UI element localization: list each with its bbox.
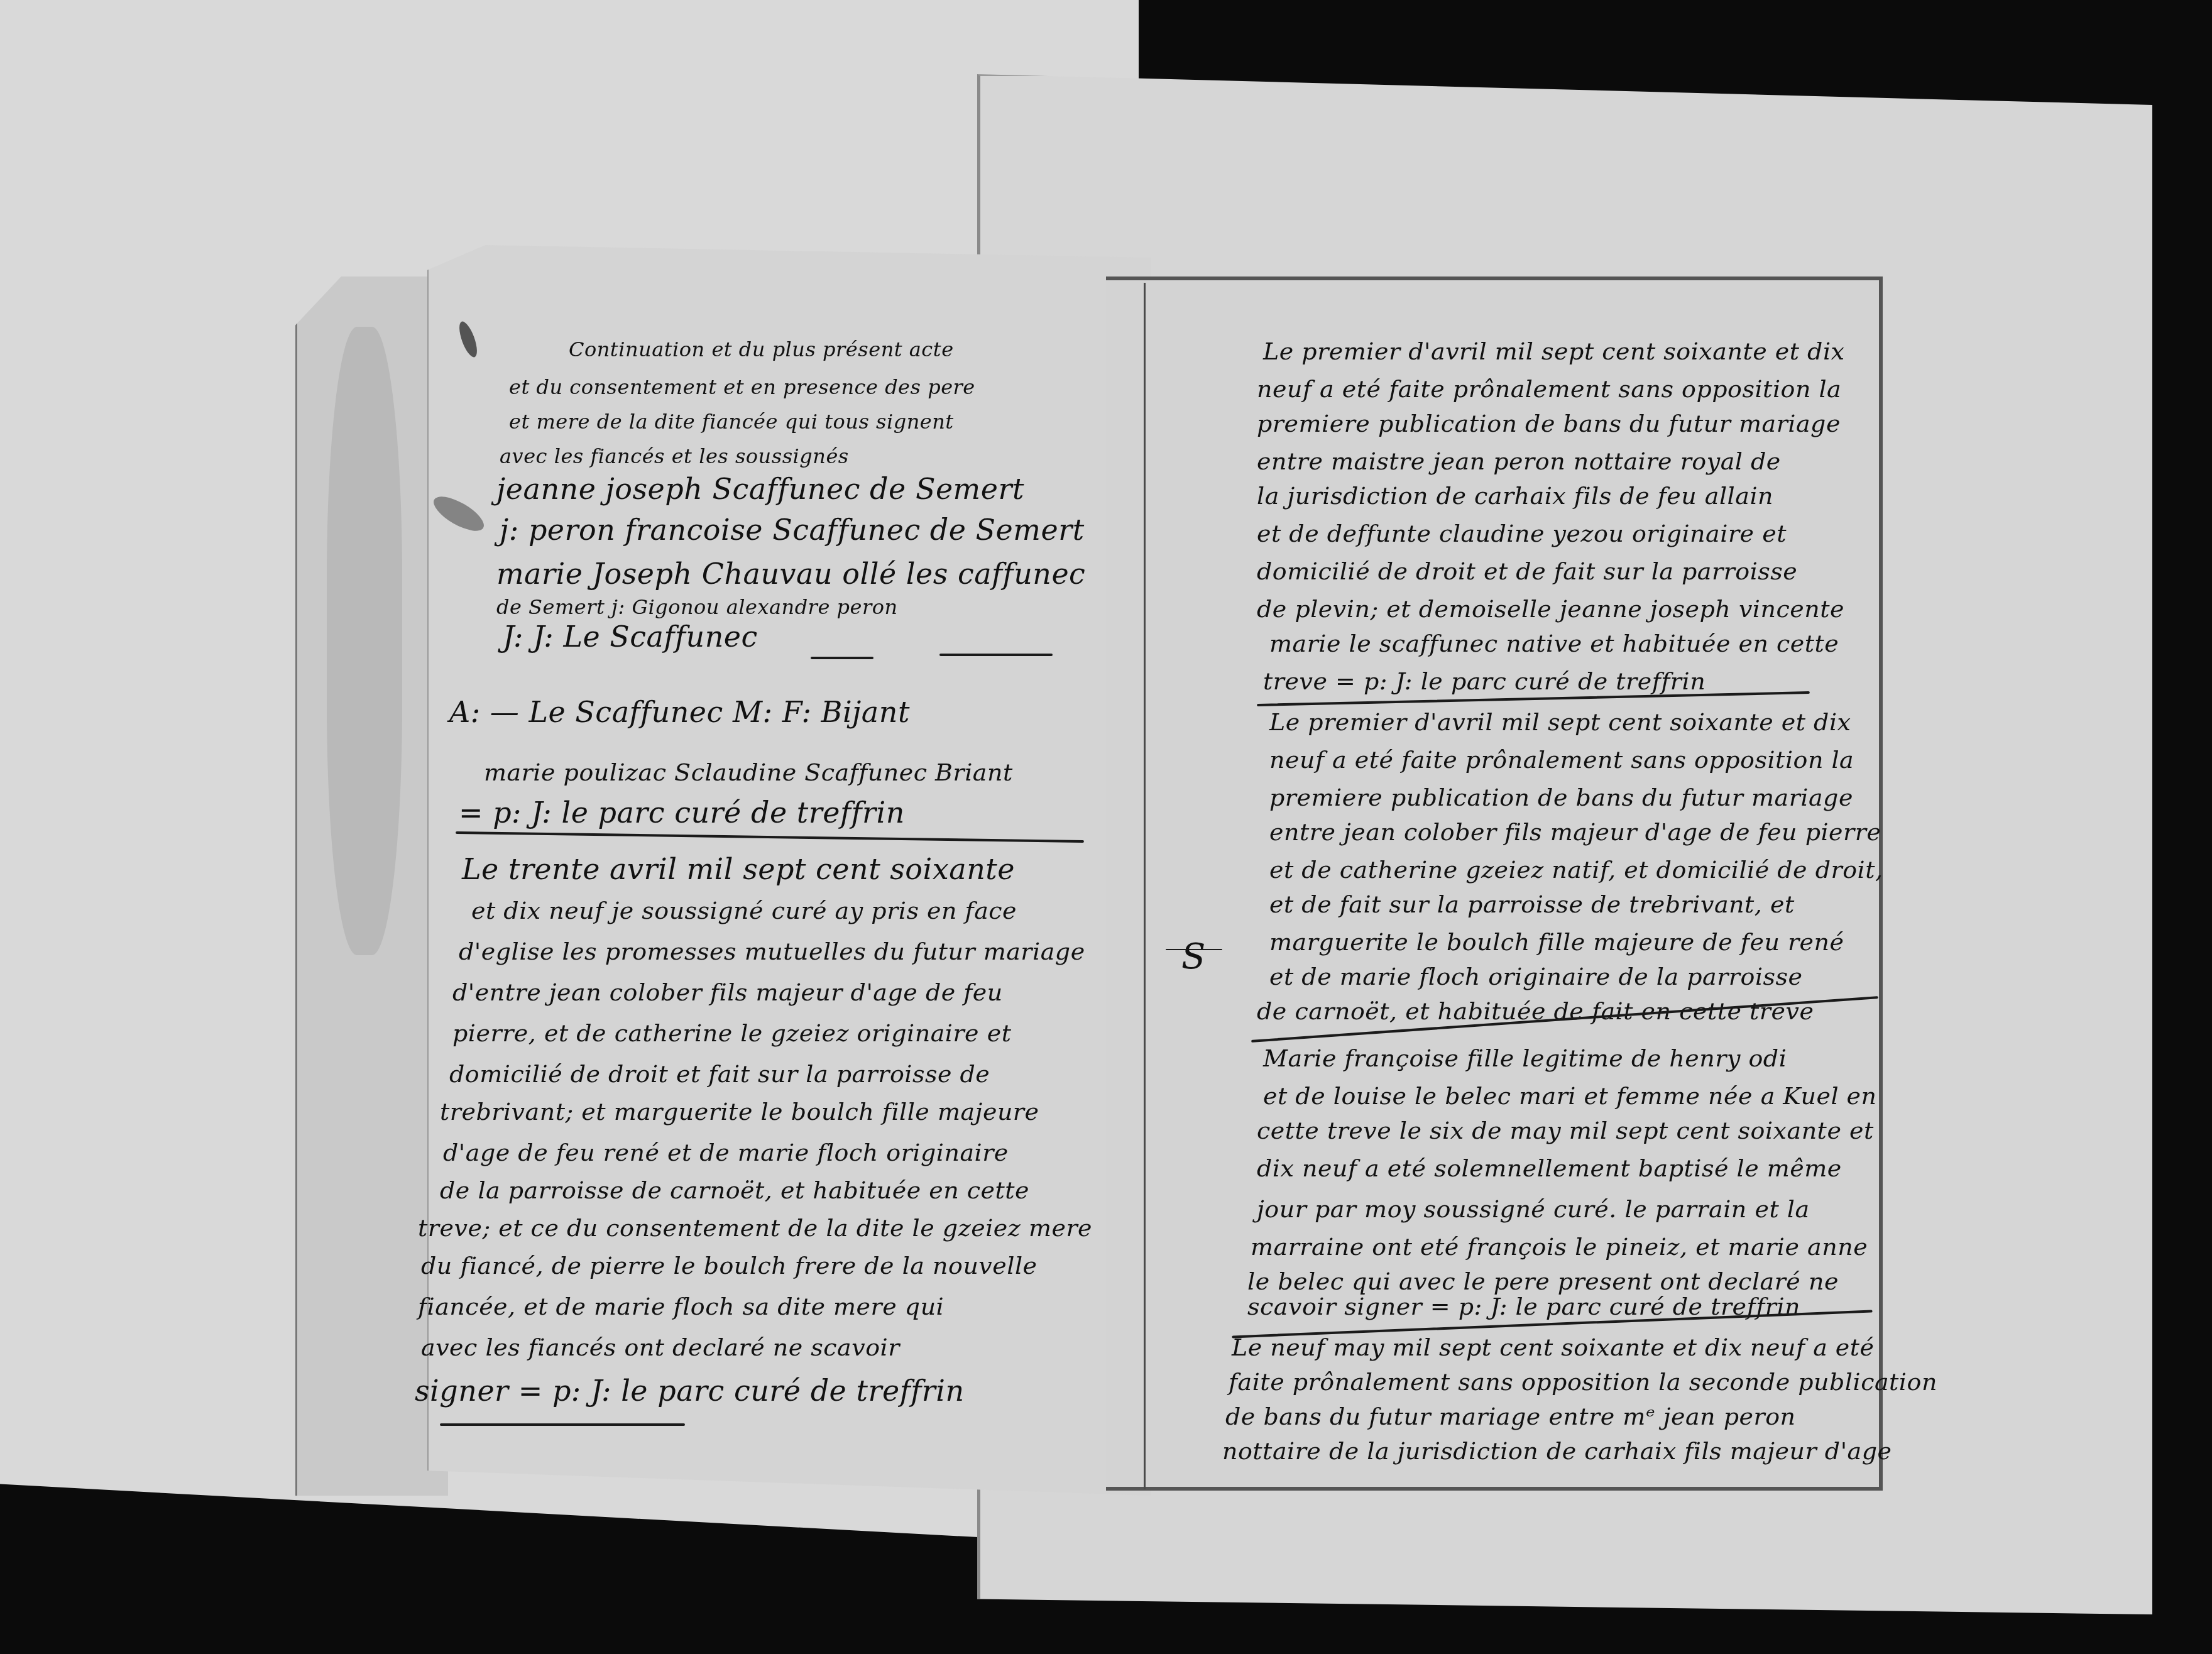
signature-line: = p: J: le parc curé de treffrin [459, 798, 905, 827]
text-line: neuf a eté faite prônalement sans opposi… [1269, 748, 1854, 772]
text-line: treve; et ce du consentement de la dite … [418, 1216, 1092, 1240]
text-line: treve = p: J: le parc curé de treffrin [1263, 669, 1706, 693]
text-line: dix neuf a eté solemnellement baptisé le… [1257, 1156, 1842, 1180]
text-line: Le premier d'avril mil sept cent soixant… [1263, 339, 1845, 363]
text-line: Continuation et du plus présent acte [569, 339, 954, 359]
text-line: et de fait sur la parroisse de trebrivan… [1269, 892, 1795, 916]
text-line: premiere publication de bans du futur ma… [1269, 786, 1853, 809]
text-line: Marie françoise fille legitime de henry … [1263, 1046, 1787, 1070]
text-line: le belec qui avec le pere present ont de… [1247, 1269, 1839, 1293]
text-line: pierre, et de catherine le gzeiez origin… [452, 1021, 1011, 1045]
signature-line: de Semert j: Gigonou alexandre peron [496, 597, 898, 617]
text-line: d'entre jean colober fils majeur d'age d… [452, 980, 1003, 1004]
text-line: d'eglise les promesses mutuelles du futu… [459, 939, 1085, 963]
text-line: Le premier d'avril mil sept cent soixant… [1269, 710, 1851, 734]
text-line: et dix neuf je soussigné curé ay pris en… [471, 899, 1017, 923]
entry-separator [440, 1423, 685, 1426]
text-line: cette treve le six de may mil sept cent … [1257, 1119, 1874, 1142]
text-line: de plevin; et demoiselle jeanne joseph v… [1257, 597, 1844, 621]
text-line: marie le scaffunec native et habituée en… [1269, 632, 1839, 655]
text-line: trebrivant; et marguerite le boulch fill… [440, 1100, 1039, 1124]
signature-line: marie Joseph Chauvau ollé les caffunec [496, 559, 1085, 588]
text-line: avec les fiancés et les soussignés [500, 446, 849, 466]
text-line: et de catherine gzeiez natif, et domicil… [1269, 858, 1883, 882]
flourish-stroke [811, 657, 873, 659]
text-line: domicilié de droit et de fait sur la par… [1257, 559, 1797, 583]
signature-line: marie poulizac Sclaudine Scaffunec Brian… [484, 760, 1013, 784]
text-line: et mere de la dite fiancée qui tous sign… [509, 412, 954, 432]
text-line: fiancée, et de marie floch sa dite mere … [418, 1295, 944, 1318]
text-line: marguerite le boulch fille majeure de fe… [1269, 930, 1844, 954]
text-line: entre jean colober fils majeur d'age de … [1269, 820, 1881, 844]
text-line: la jurisdiction de carhaix fils de feu a… [1257, 484, 1773, 508]
water-stain [327, 327, 402, 955]
text-line: de bans du futur mariage entre mᵉ jean p… [1225, 1405, 1796, 1428]
text-line: avec les fiancés ont declaré ne scavoir [421, 1335, 900, 1359]
text-line: de la parroisse de carnoët, et habituée … [440, 1178, 1029, 1202]
text-line: neuf a eté faite prônalement sans opposi… [1257, 377, 1841, 401]
text-line: d'age de feu rené et de marie floch orig… [443, 1141, 1009, 1164]
text-line: Le trente avril mil sept cent soixante [462, 855, 1015, 884]
text-line: Le neuf may mil sept cent soixante et di… [1232, 1335, 1875, 1359]
margin-mark: S [1181, 936, 1205, 977]
text-line: nottaire de la jurisdiction de carhaix f… [1222, 1439, 1892, 1463]
text-line: marraine ont eté françois le pineiz, et … [1251, 1235, 1868, 1259]
margin-mark-underline [1166, 949, 1222, 950]
text-line: du fiancé, de pierre le boulch frere de … [421, 1254, 1038, 1278]
flourish-stroke [939, 654, 1053, 656]
text-line: scavoir signer = p: J: le parc curé de t… [1247, 1295, 1800, 1318]
text-line: entre maistre jean peron nottaire royal … [1257, 449, 1781, 473]
text-line: domicilié de droit et fait sur la parroi… [449, 1062, 990, 1086]
signature-line: j: peron francoise Scaffunec de Semert [500, 515, 1085, 544]
signature-line: jeanne joseph Scaffunec de Semert [496, 474, 1024, 503]
text-line: et de marie floch originaire de la parro… [1269, 965, 1803, 989]
page-spine-fold [1144, 283, 1146, 1489]
signature-line: J: J: Le Scaffunec [503, 622, 758, 651]
text-line: et de deffunte claudine yezou originaire… [1257, 522, 1787, 545]
text-line: jour par moy soussigné curé. le parrain … [1257, 1197, 1810, 1221]
text-line: faite prônalement sans opposition la sec… [1229, 1370, 1937, 1394]
text-line: et de louise le belec mari et femme née … [1263, 1084, 1877, 1108]
text-line: signer = p: J: le parc curé de treffrin [415, 1376, 965, 1405]
signature-line: A: — Le Scaffunec M: F: Bijant [449, 698, 910, 726]
text-line: et du consentement et en presence des pe… [509, 377, 975, 397]
text-line: premiere publication de bans du futur ma… [1257, 412, 1841, 435]
